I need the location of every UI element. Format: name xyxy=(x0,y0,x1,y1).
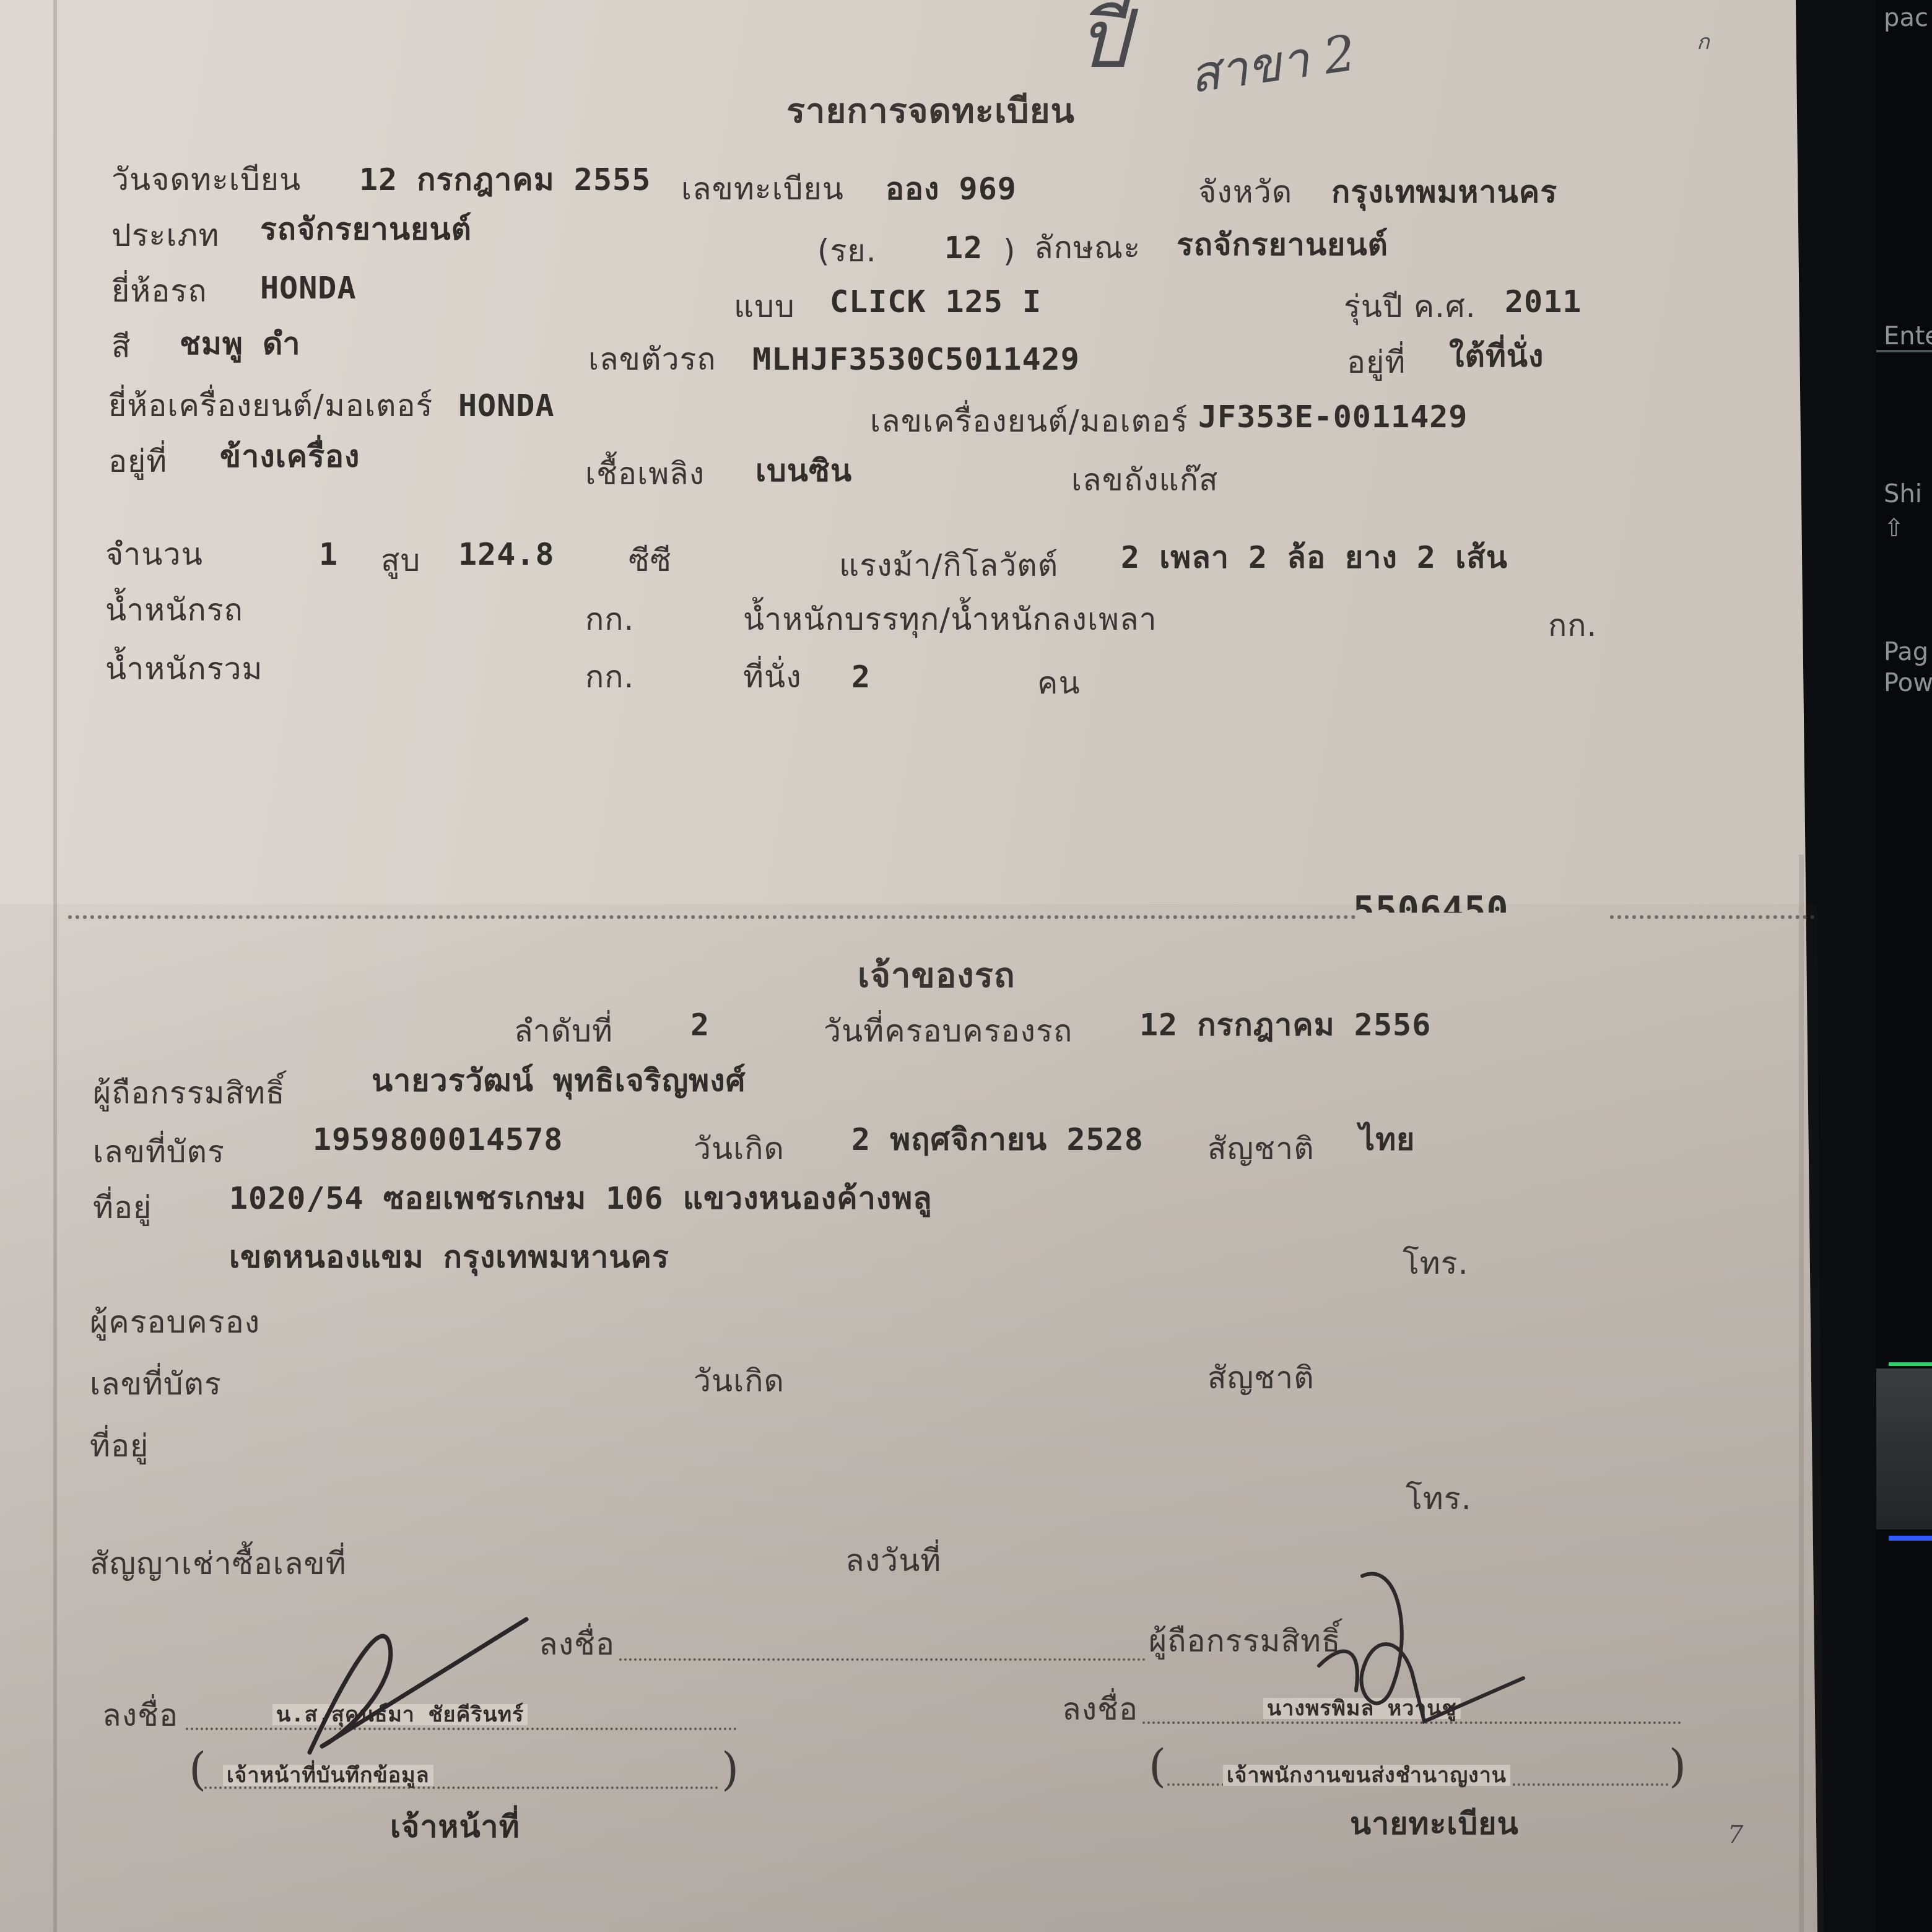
registrar-signature xyxy=(0,0,1932,1932)
